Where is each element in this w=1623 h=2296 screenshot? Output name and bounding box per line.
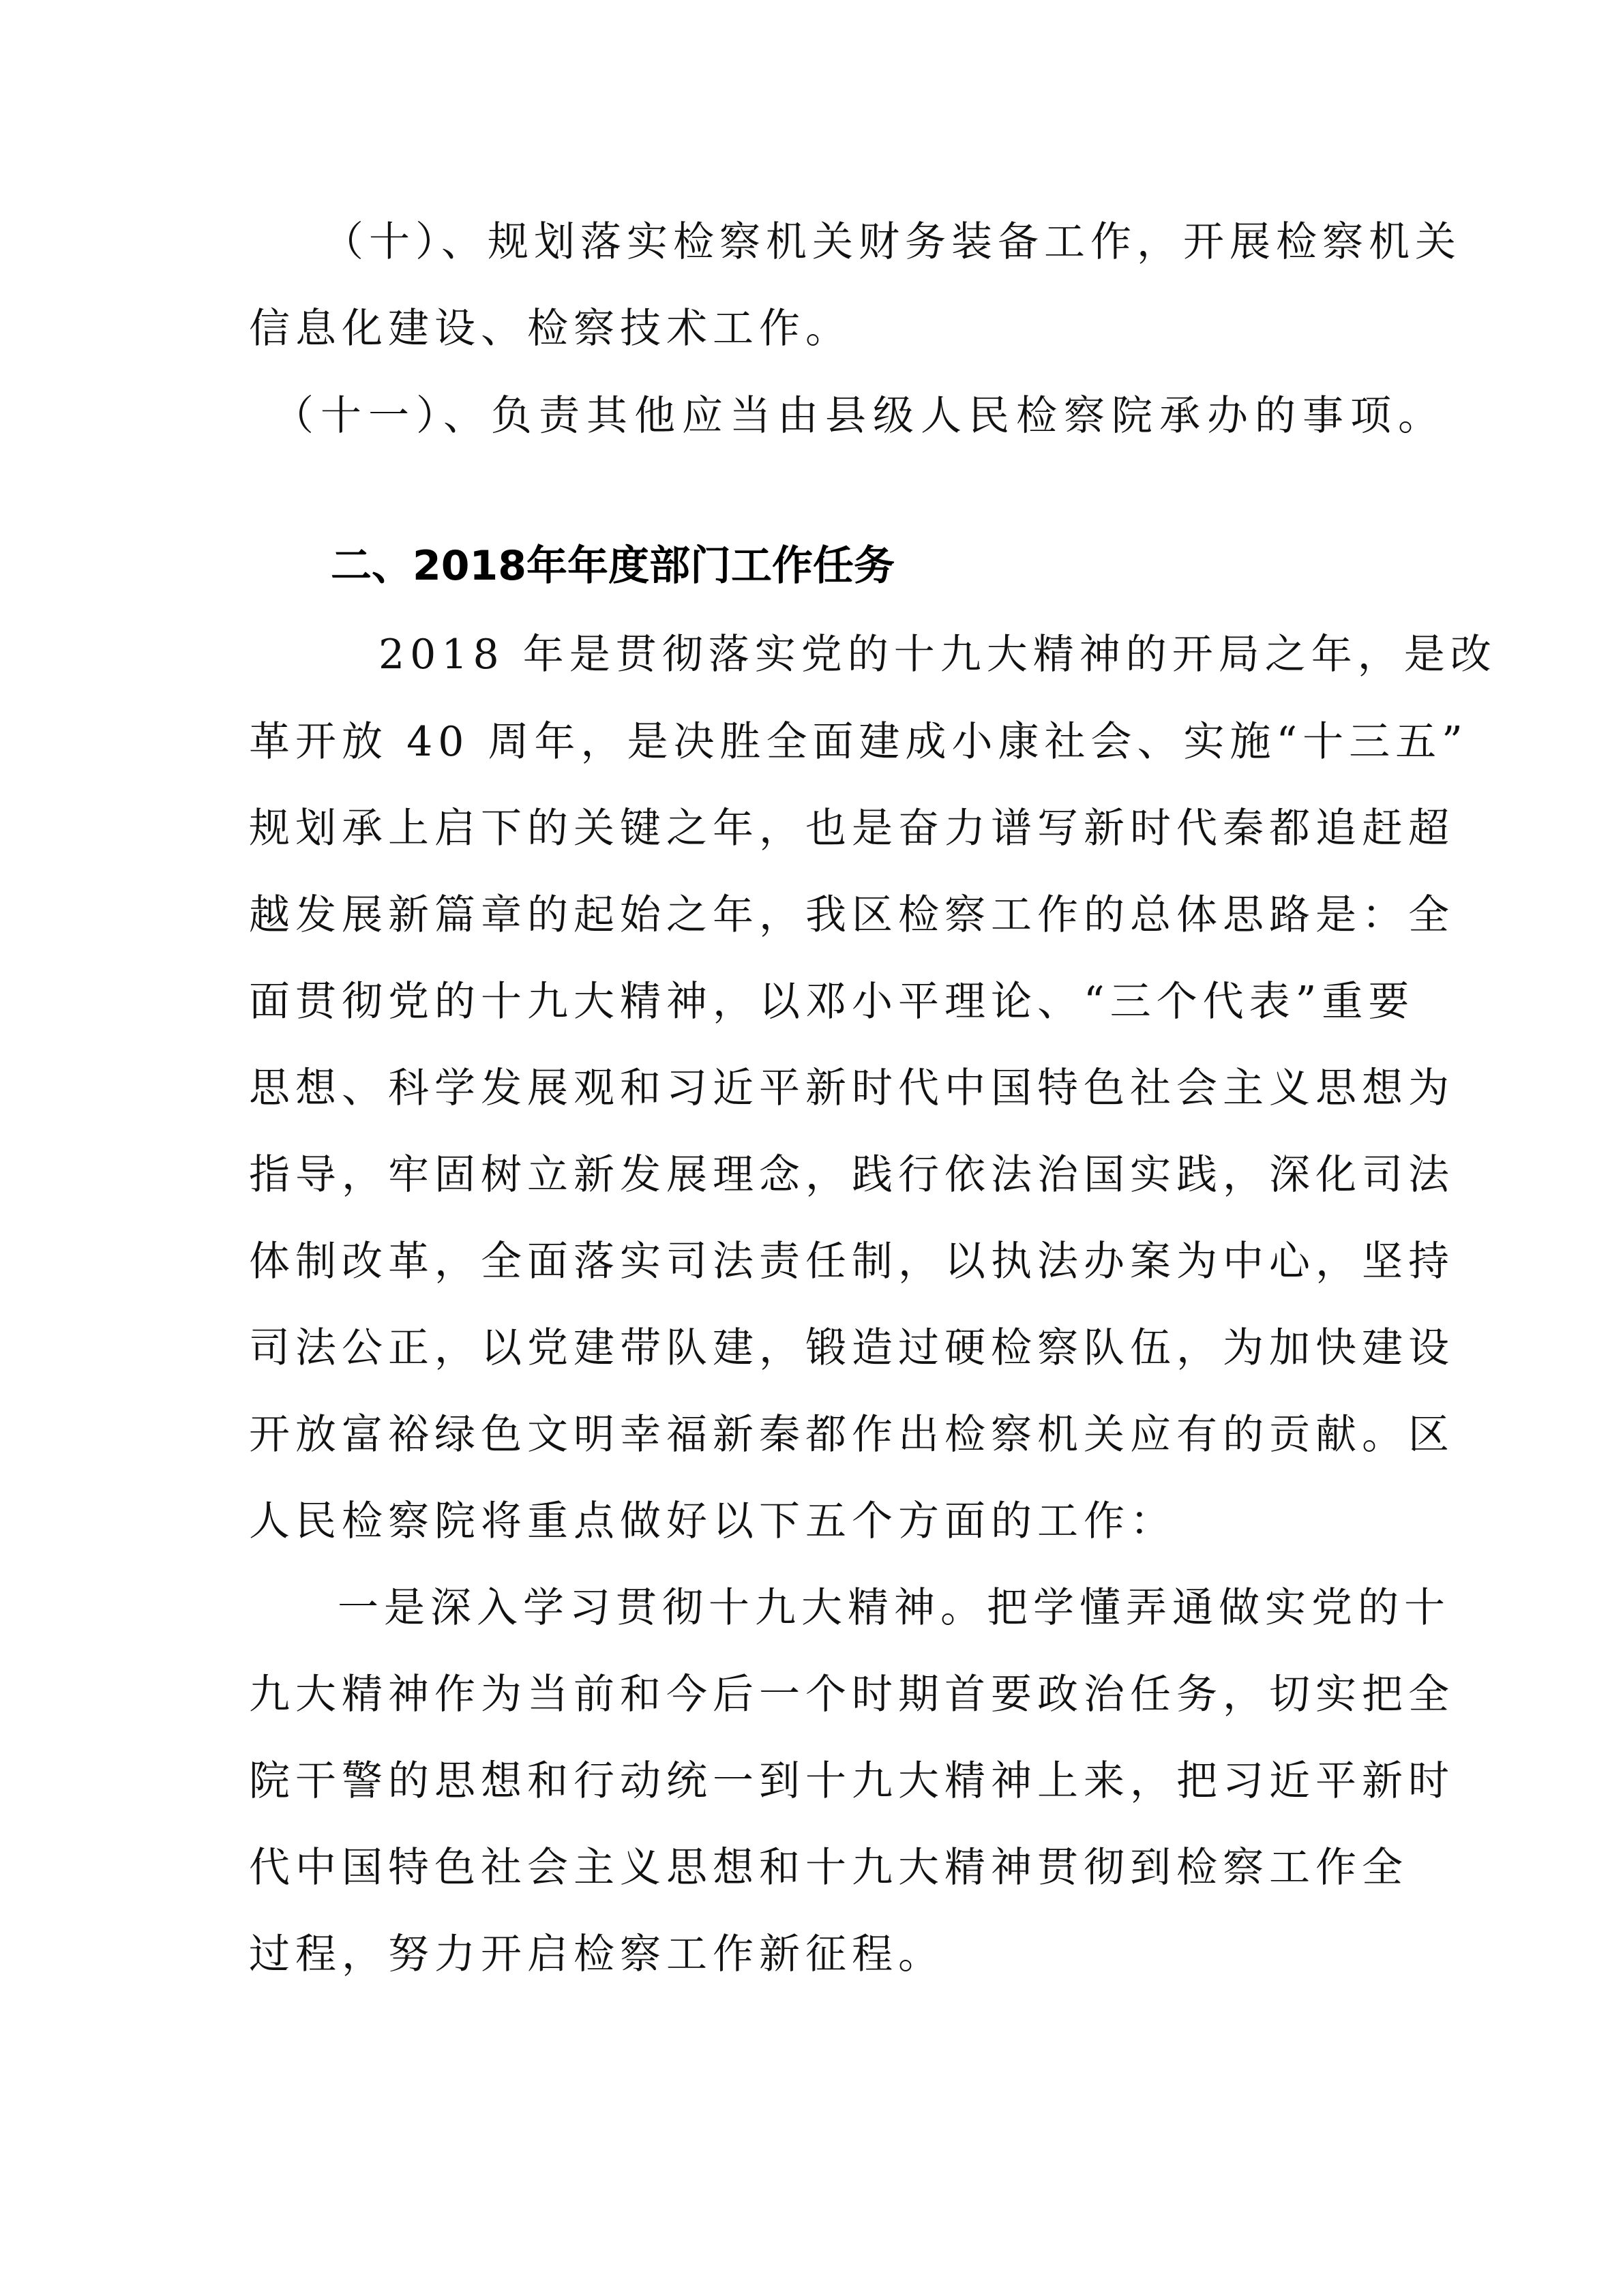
paragraph-1-line-5: 面贯彻党的十九大精神，以邓小平理论、“三个代表”重要 bbox=[249, 971, 1381, 1032]
paragraph-1-line-1: 2018 年是贯彻落实党的十九大精神的开局之年，是改 bbox=[249, 624, 1381, 685]
item-10-line-2: 信息化建设、检察技术工作。 bbox=[249, 298, 1381, 359]
document-page: （十）、规划落实检察机关财务装备工作，开展检察机关 信息化建设、检察技术工作。 … bbox=[0, 0, 1623, 2296]
paragraph-1-line-4: 越发展新篇章的起始之年，我区检察工作的总体思路是：全 bbox=[249, 884, 1381, 946]
paragraph-2-line-5: 过程，努力开启检察工作新征程。 bbox=[249, 1924, 1381, 1985]
paragraph-2-line-2: 九大精神作为当前和今后一个时期首要政治任务，切实把全 bbox=[249, 1664, 1381, 1725]
paragraph-2-line-1: 一是深入学习贯彻十九大精神。把学懂弄通做实党的十 bbox=[249, 1577, 1381, 1639]
paragraph-2-line-4: 代中国特色社会主义思想和十九大精神贯彻到检察工作全 bbox=[249, 1837, 1340, 1898]
paragraph-1-line-2: 革开放 40 周年，是决胜全面建成小康社会、实施“十三五” bbox=[249, 711, 1381, 773]
paragraph-1-line-6: 思想、科学发展观和习近平新时代中国特色社会主义思想为 bbox=[249, 1058, 1381, 1119]
item-10-line-1: （十）、规划落实检察机关财务装备工作，开展检察机关 bbox=[249, 211, 1381, 273]
paragraph-1-line-11: 人民检察院将重点做好以下五个方面的工作： bbox=[249, 1491, 1381, 1552]
paragraph-1-line-7: 指导，牢固树立新发展理念，践行依法治国实践，深化司法 bbox=[249, 1144, 1381, 1206]
paragraph-1-line-10: 开放富裕绿色文明幸福新秦都作出检察机关应有的贡献。区 bbox=[249, 1404, 1381, 1465]
paragraph-1-line-9: 司法公正，以党建带队建，锻造过硬检察队伍，为加快建设 bbox=[249, 1317, 1381, 1379]
section-heading: 二、2018年年度部门工作任务 bbox=[331, 535, 1463, 597]
paragraph-1-line-8: 体制改革，全面落实司法责任制，以执法办案为中心，坚持 bbox=[249, 1231, 1381, 1292]
item-11-line-1: （十一）、负责其他应当由县级人民检察院承办的事项。 bbox=[273, 385, 1405, 447]
paragraph-1-line-3: 规划承上启下的关键之年，也是奋力谱写新时代秦都追赶超 bbox=[249, 798, 1381, 859]
paragraph-2-line-3: 院干警的思想和行动统一到十九大精神上来，把习近平新时 bbox=[249, 1750, 1381, 1812]
